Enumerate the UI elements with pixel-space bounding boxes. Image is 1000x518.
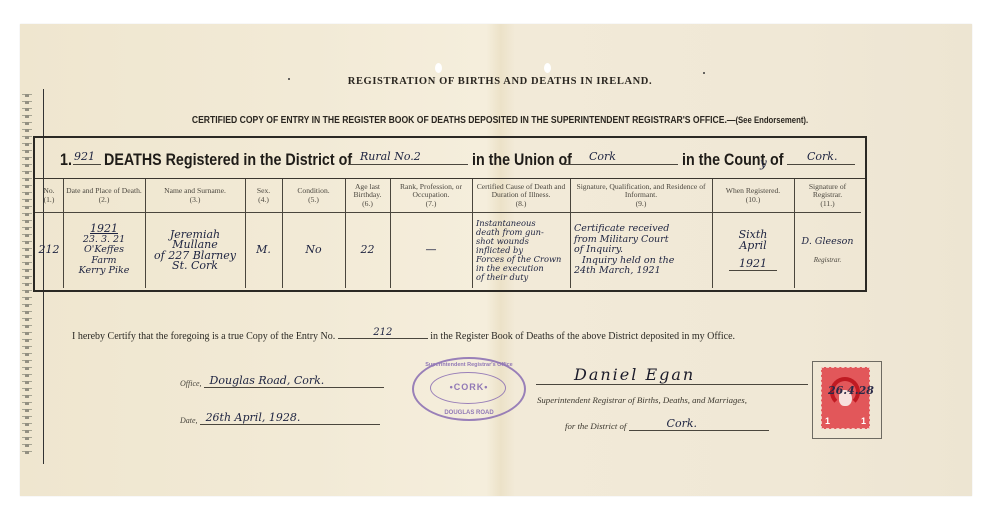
column-when-registered: When Registered.(10.) Sixth April 1921 xyxy=(712,179,795,288)
column-header: Signature of Registrar.(11.) xyxy=(794,179,861,213)
column-condition: Condition.(5.) No xyxy=(282,179,346,288)
entry-number-field: 212 xyxy=(338,327,428,339)
column-header: Age last Birthday.(6.) xyxy=(345,179,390,213)
punch-hole xyxy=(544,63,551,73)
union-field: Cork xyxy=(563,150,678,165)
date-line: Date, 26th April, 1928. xyxy=(180,412,380,425)
cell-condition: No xyxy=(282,213,345,288)
death-register-table: 1. 921 DEATHS Registered in the District… xyxy=(33,136,867,292)
column-header: Date and Place of Death.(2.) xyxy=(63,179,145,213)
column-informant: Signature, Qualification, and Residence … xyxy=(570,179,713,288)
column-header: No.(1.) xyxy=(35,179,63,213)
column-occupation: Rank, Profession, or Occupation.(7.) — xyxy=(390,179,473,288)
punch-hole xyxy=(435,63,442,73)
cancellation-mark: 26.4.28 xyxy=(828,384,874,397)
cell-sex: M. xyxy=(245,213,282,288)
column-header: Name and Surname.(3.) xyxy=(145,179,245,213)
column-age: Age last Birthday.(6.) 22 xyxy=(345,179,391,288)
signature-caption: Superintendent Registrar of Births, Deat… xyxy=(537,395,747,405)
cell-age: 22 xyxy=(345,213,390,288)
district-field: Rural No.2 xyxy=(348,150,468,165)
district-line: for the District of Cork. xyxy=(565,418,769,431)
certification-statement: I hereby Certify that the foregoing is a… xyxy=(72,327,735,342)
cell-informant: Certificate received from Military Court… xyxy=(570,213,712,288)
cell-cause: Instantaneous death from gun- shot wound… xyxy=(472,213,570,288)
official-office-stamp: Superintendent Registrar's Office •CORK•… xyxy=(412,357,526,421)
heading-of-label: of xyxy=(770,150,783,170)
cell-date-place: 1921 23. 3. 21 O'Keffes Farm Kerry Pike xyxy=(63,213,145,288)
column-header: Certified Cause of Death and Duration of… xyxy=(472,179,570,213)
column-header: Condition.(5.) xyxy=(282,179,345,213)
column-sex: Sex.(4.) M. xyxy=(245,179,283,288)
cell-occupation: — xyxy=(390,213,472,288)
year-field: 921 xyxy=(73,150,101,165)
date-field: 26th April, 1928. xyxy=(200,412,380,425)
column-name: Name and Surname.(3.) Jeremiah Mullane o… xyxy=(145,179,246,288)
revenue-stamp: 26.4.28 1 1 xyxy=(821,367,870,429)
column-header: When Registered.(10.) xyxy=(712,179,794,213)
column-date-place: Date and Place of Death.(2.) 1921 23. 3.… xyxy=(63,179,146,288)
column-cause: Certified Cause of Death and Duration of… xyxy=(472,179,571,288)
column-registrar: Signature of Registrar.(11.) D. Gleeson … xyxy=(794,179,861,288)
register-columns: No.(1.) 212 Date and Place of Death.(2.)… xyxy=(35,179,865,288)
column-header: Sex.(4.) xyxy=(245,179,282,213)
speck xyxy=(703,72,705,74)
revenue-stamp-box: 26.4.28 1 1 xyxy=(812,361,882,439)
heading-prefix: 1. xyxy=(60,150,72,170)
cell-registrar: D. Gleeson Registrar. xyxy=(794,213,861,288)
office-line: Office, Douglas Road, Cork. xyxy=(180,375,384,388)
column-no: No.(1.) 212 xyxy=(35,179,64,288)
column-header: Signature, Qualification, and Residence … xyxy=(570,179,712,213)
decorative-border xyxy=(22,94,32,454)
superintendent-signature: Daniel Egan xyxy=(574,365,695,384)
signature-field: Daniel Egan xyxy=(536,366,808,385)
cell-when-registered: Sixth April 1921 xyxy=(712,213,794,288)
cell-no: 212 xyxy=(35,213,63,288)
office-field: Douglas Road, Cork. xyxy=(204,375,384,388)
county-field: Cork. xyxy=(787,150,855,165)
heading-county-label: in the Count xyxy=(682,150,765,170)
document-subtitle: CERTIFIED COPY OF ENTRY IN THE REGISTER … xyxy=(70,115,930,126)
register-heading: 1. 921 DEATHS Registered in the District… xyxy=(35,138,865,179)
column-header: Rank, Profession, or Occupation.(7.) xyxy=(390,179,472,213)
heading-union-label: in the Union of xyxy=(472,150,572,170)
district-field: Cork. xyxy=(629,418,769,431)
cell-name: Jeremiah Mullane of 227 Blarney St. Cork xyxy=(145,213,245,288)
county-suffix: y xyxy=(760,156,767,170)
document-title: REGISTRATION OF BIRTHS AND DEATHS IN IRE… xyxy=(0,76,1000,87)
heading-deaths-label: DEATHS Registered in the District of xyxy=(104,150,352,170)
endorsement-note: (See Endorsement). xyxy=(735,115,808,125)
